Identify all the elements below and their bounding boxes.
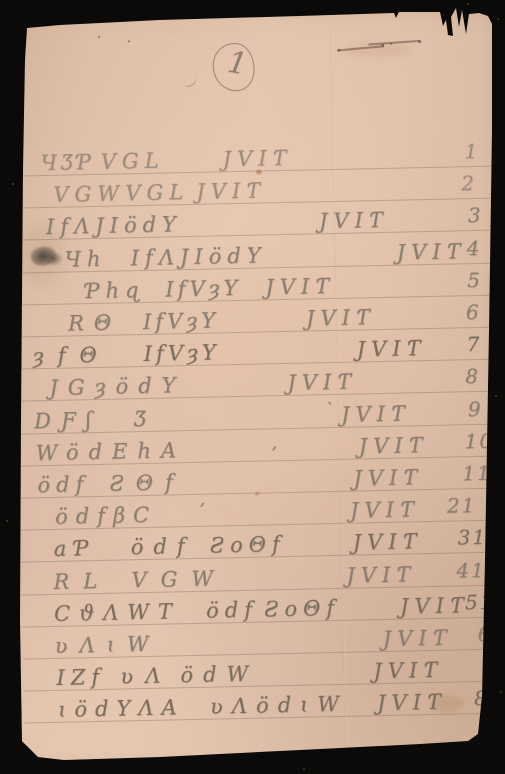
handwritten-word: DƑʃ (34, 407, 102, 434)
handwritten-word: JVIƬ (346, 561, 416, 588)
manuscript-line: JGȝödYJVIƬ8 (31, 366, 493, 403)
handwritten-word: JVIƬ (319, 207, 389, 234)
manuscript-line: ödfβCJVIƬ21 (34, 495, 496, 532)
line-number: 7 (466, 331, 481, 357)
handwritten-word: ƧoΘf (209, 531, 286, 559)
handwritten-word: VGW (53, 180, 125, 207)
page-number-circled: 1 (212, 42, 256, 92)
handwritten-word: ȝfΘ (32, 342, 110, 370)
line-number: 61 (477, 620, 505, 647)
handwritten-word: JVIƬ (352, 528, 422, 555)
line-number: 11 (462, 460, 492, 487)
line-number: 10 (464, 428, 494, 455)
handwritten-word: JVIƬ (396, 238, 466, 265)
handwritten-word: Ƥhɋ (85, 277, 145, 304)
handwritten-word: ʋΛödɩW (210, 691, 348, 720)
handwritten-word: ɩödYΛA (58, 694, 185, 723)
manuscript-line: RLVGWJVIƬ41 (35, 560, 497, 597)
manuscript-line: ɩödYΛAʋΛödɩWJVIƬ81 (38, 688, 500, 725)
paper-speck (128, 40, 130, 42)
manuscript-line: DƑʃƷˋJVIƬ9 (32, 399, 494, 436)
pin-hole (381, 44, 384, 47)
sheet-content: 1 ЧƷƤVGLJVIƬ1VGWVGLJVIƬ2IfΛJIödYJVIƬ3ЧhI… (24, 7, 501, 761)
manuscript-line: ödfƧΘf,JVIƬ11 (33, 463, 495, 500)
handwritten-word: IfVȝY (143, 339, 220, 367)
handwritten-word: JVIƬ (358, 432, 428, 459)
line-number: 4 (466, 235, 481, 261)
line-number: 41 (456, 557, 486, 584)
dust-speck (6, 520, 8, 522)
line-number: 81 (474, 685, 504, 712)
line-number: 5 (467, 267, 482, 293)
handwritten-word: aƤ (53, 535, 96, 562)
line-number: 1 (464, 138, 479, 164)
handwritten-word: ödfβC (55, 502, 158, 530)
line-number: 3 (468, 202, 483, 228)
handwritten-word: JVIƬ (306, 304, 376, 331)
paper-sheet: 1 ЧƷƤVGLJVIƬ1VGWVGLJVIƬ2IfΛJIödYJVIƬ3ЧhI… (0, 0, 505, 774)
pencil-smudge (29, 242, 65, 273)
line-number: 8 (465, 363, 480, 389)
dust-speck (12, 183, 14, 185)
handwritten-word: IfΛJIödY (130, 242, 266, 271)
handwritten-word: JVIƬ (265, 273, 335, 300)
ruled-lines (24, 7, 486, 17)
handwritten-word: IfVȝY (143, 307, 220, 335)
handwritten-word: , (271, 430, 277, 456)
page-number: 1 (225, 45, 250, 83)
handwritten-word: VGL (125, 179, 189, 206)
dust-speck (500, 691, 502, 693)
handwritten-word: ЧƷƤ (40, 149, 95, 176)
handwritten-word: VGW (131, 565, 227, 593)
handwritten-word: ödf (37, 471, 89, 498)
handwritten-word: JVIƬ (400, 592, 470, 619)
handwritten-word: JVIƬ (353, 464, 423, 491)
handwritten-word: ödf (130, 533, 194, 560)
line-number: 2 (461, 170, 476, 196)
manuscript-photo: 1 ЧƷƤVGLJVIƬ1VGWVGLJVIƬ2IfΛJIödYJVIƬ3ЧhI… (0, 0, 505, 774)
handwritten-word: JVIƬ (222, 145, 292, 172)
manuscript-line: aƤödfƧoΘfJVIƬ31 (34, 527, 496, 564)
manuscript-line: IfΛJIödYJVIƬ3 (28, 205, 490, 242)
stain (342, 42, 412, 57)
pin-hole (418, 40, 421, 43)
manuscript-line: ЧƷƤVGLJVIƬ1 (26, 141, 488, 178)
handwritten-word: JVIƬ (382, 625, 452, 652)
dust-speck (467, 3, 469, 5)
handwritten-word: ʋΛ (120, 662, 172, 689)
line-number: 9 (468, 396, 483, 422)
manuscript-line: WödEhA,JVIƬ10 (32, 431, 494, 468)
handwritten-word: ʋΛɩW (55, 631, 161, 659)
line-number: 71 (480, 652, 505, 679)
dust-speck (303, 768, 305, 770)
handwritten-word: JVIƬ (350, 496, 420, 523)
handwritten-word: JVIƬ (356, 335, 426, 362)
handwritten-word: ƧΘf (109, 469, 185, 497)
line-number: 51 (465, 589, 495, 616)
handwritten-word: JVIƬ (377, 689, 447, 716)
handwritten-word: IfVȝY (165, 275, 242, 303)
handwritten-word: RΘ (68, 309, 122, 336)
handwritten-word: WödEhA (35, 437, 186, 466)
pin-hole (337, 49, 340, 52)
handwritten-word: JGȝödY (49, 372, 186, 401)
line-number: 6 (466, 299, 481, 325)
handwritten-word: IZf (56, 664, 105, 691)
manuscript-line: CϑΛWTödfƧoΘfJVIƬ51 (36, 592, 498, 629)
text-layer: ЧƷƤVGLJVIƬ1VGWVGLJVIƬ2IfΛJIödYJVIƬ3ЧhIfΛ… (24, 7, 486, 17)
manuscript-line: ЧhIfΛJIödYJVIƬ4 (28, 238, 490, 275)
pin-hole (390, 43, 392, 45)
handwritten-word: IfΛJIödY (46, 211, 182, 240)
handwritten-word: JVIƬ (287, 369, 357, 396)
paper-speck (98, 36, 100, 38)
manuscript-line: VGWVGLJVIƬ2 (27, 173, 489, 210)
manuscript-line: ʋΛɩWJVIƬ61 (37, 624, 499, 661)
line-number: 31 (457, 524, 487, 551)
handwritten-word: ödf (206, 597, 258, 624)
handwritten-word: ödW (180, 661, 258, 689)
manuscript-line: RΘIfVȝYJVIƬ6 (30, 302, 492, 339)
handwritten-word: Чh (64, 246, 106, 273)
handwritten-word: RL (53, 568, 111, 595)
handwritten-word: ƧoΘf (264, 595, 341, 623)
handwritten-word: JVIƬ (341, 400, 411, 427)
pencil-tick (181, 72, 198, 88)
handwritten-word: VGL (100, 148, 164, 175)
manuscript-line: ƤhɋIfVȝYJVIƬ5 (29, 270, 491, 307)
handwritten-word: Ʒ (134, 406, 150, 432)
handwritten-word: JVIƬ (196, 177, 266, 204)
dust-speck (495, 395, 497, 397)
handwritten-word: CϑΛWT (54, 598, 181, 627)
manuscript-line: ȝfΘIfVȝYJVIƬ7 (30, 334, 492, 371)
pin-scratch-marks (24, 7, 486, 17)
line-number: 21 (447, 492, 477, 519)
manuscript-line: IZfʋΛödWJVIƬ71 (37, 656, 499, 693)
handwritten-word: ˋ (325, 397, 334, 423)
handwritten-word: JVIƬ (373, 657, 443, 684)
dust-speck (497, 18, 499, 20)
